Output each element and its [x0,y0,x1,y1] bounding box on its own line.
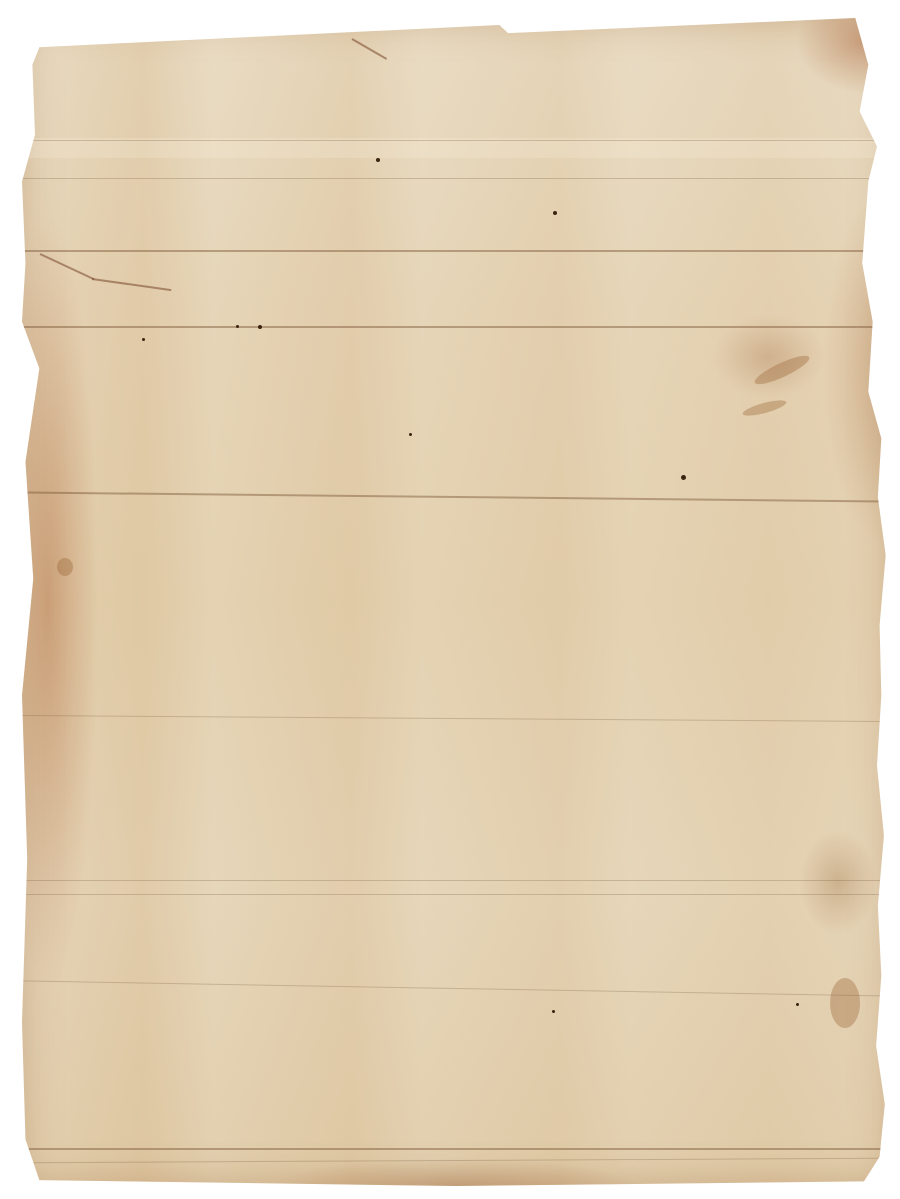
ink-speck [376,158,380,162]
stain-spot [57,558,73,576]
fold-line [22,140,890,141]
fold-line [22,1148,890,1150]
ink-speck [236,325,239,328]
paper-crack [40,253,95,280]
fold-line [22,326,890,328]
stain-spot [830,978,860,1028]
ink-speck [553,211,557,215]
stain-spot [741,397,787,418]
ink-speck [258,325,262,329]
parchment-sheet [22,18,890,1186]
ink-speck [796,1003,799,1006]
fold-line [22,491,890,502]
stain-spot [752,351,812,389]
fold-line [22,880,890,881]
paper-crack [92,278,171,291]
fold-line [22,250,890,252]
paper-fold-band [22,138,890,158]
ink-speck [142,338,145,341]
ink-speck [409,433,412,436]
fold-line [22,1158,890,1164]
paper-crack [352,38,388,60]
fold-line [22,715,890,722]
ink-speck [681,475,686,480]
fold-line [22,178,890,179]
fold-line [22,894,890,895]
ink-speck [552,1010,555,1013]
fold-line [22,980,890,996]
